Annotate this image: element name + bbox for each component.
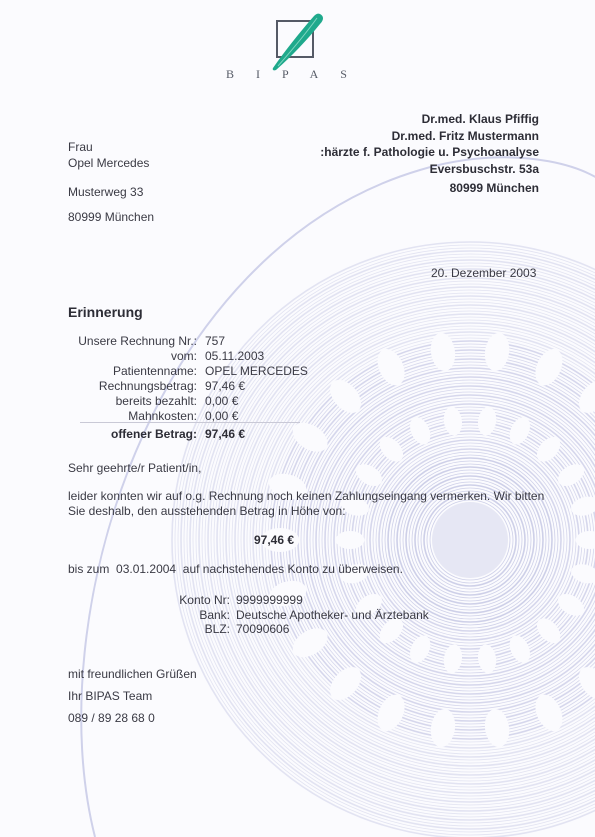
- brush-stroke-logo-icon: [262, 12, 332, 72]
- field-value: 97,46 €: [205, 379, 308, 394]
- field-value: 70090606: [236, 622, 429, 637]
- deadline-date: 03.01.2004: [116, 562, 176, 576]
- field-label: vom:: [68, 349, 205, 364]
- field-label: Konto Nr:: [160, 593, 236, 608]
- field-value: 0,00 €: [205, 394, 308, 409]
- letter-salutation: Sehr geehrte/r Patient/in,: [68, 461, 201, 475]
- sender-line: Dr.med. Klaus Pfiffig: [320, 111, 539, 128]
- closing: mit freundlichen Grüßen Ihr BIPAS Team 0…: [68, 663, 197, 729]
- total-divider: [80, 422, 300, 423]
- bank-row: BLZ:70090606: [160, 622, 429, 637]
- sender-line: Eversbuschstr. 53a: [320, 161, 539, 178]
- closing-signature: Ihr BIPAS Team: [68, 685, 197, 707]
- total-label: offener Betrag:: [68, 424, 205, 442]
- deadline-prefix: bis zum: [68, 562, 113, 576]
- detail-row: Patientenname:OPEL MERCEDES: [68, 364, 308, 379]
- letter-paragraph: leider konnten wir auf o.g. Rechnung noc…: [68, 489, 548, 519]
- detail-row: Unsere Rechnung Nr.:757: [68, 334, 308, 349]
- document-title: Erinnerung: [68, 304, 143, 320]
- sender-line: Dr.med. Fritz Mustermann: [320, 128, 539, 145]
- recipient-name: Opel Mercedes: [68, 155, 154, 171]
- detail-row: vom:05.11.2003: [68, 349, 308, 364]
- field-value: OPEL MERCEDES: [205, 364, 308, 379]
- deadline-suffix: auf nachstehendes Konto zu überweisen.: [179, 562, 403, 576]
- field-value: 9999999999: [236, 593, 429, 608]
- field-label: Rechnungsbetrag:: [68, 379, 205, 394]
- total-value: 97,46 €: [205, 424, 308, 442]
- letter-date: 20. Dezember 2003: [431, 266, 536, 280]
- payment-deadline: bis zum 03.01.2004 auf nachstehendes Kon…: [68, 562, 403, 576]
- field-value: 05.11.2003: [205, 349, 308, 364]
- closing-greeting: mit freundlichen Grüßen: [68, 663, 197, 685]
- field-label: Patientenname:: [68, 364, 205, 379]
- recipient-address: Frau Opel Mercedes Musterweg 33 80999 Mü…: [68, 139, 154, 225]
- recipient-street: Musterweg 33: [68, 184, 154, 200]
- sender-address: Dr.med. Klaus Pfiffig Dr.med. Fritz Must…: [320, 111, 539, 197]
- recipient-city: 80999 München: [68, 209, 154, 225]
- bank-row: Bank:Deutsche Apotheker- und Ärztebank: [160, 608, 429, 623]
- total-row: offener Betrag: 97,46 €: [68, 424, 308, 442]
- due-amount: 97,46 €: [254, 533, 294, 547]
- bank-row: Konto Nr:9999999999: [160, 593, 429, 608]
- field-label: Bank:: [160, 608, 236, 623]
- bank-details: Konto Nr:9999999999Bank:Deutsche Apothek…: [160, 593, 429, 637]
- sender-line: 80999 München: [320, 180, 539, 197]
- invoice-details: Unsere Rechnung Nr.:757vom:05.11.2003Pat…: [68, 334, 308, 442]
- recipient-salutation: Frau: [68, 139, 154, 155]
- field-value: 757: [205, 334, 308, 349]
- detail-row: bereits bezahlt:0,00 €: [68, 394, 308, 409]
- brand-name: BIPAS: [226, 67, 376, 82]
- closing-phone: 089 / 89 28 68 0: [68, 707, 197, 729]
- field-label: Unsere Rechnung Nr.:: [68, 334, 205, 349]
- sender-line: :härzte f. Pathologie u. Psychoanalyse: [320, 144, 539, 161]
- field-value: Deutsche Apotheker- und Ärztebank: [236, 608, 429, 623]
- field-label: BLZ:: [160, 622, 236, 637]
- field-label: bereits bezahlt:: [68, 394, 205, 409]
- detail-row: Rechnungsbetrag:97,46 €: [68, 379, 308, 394]
